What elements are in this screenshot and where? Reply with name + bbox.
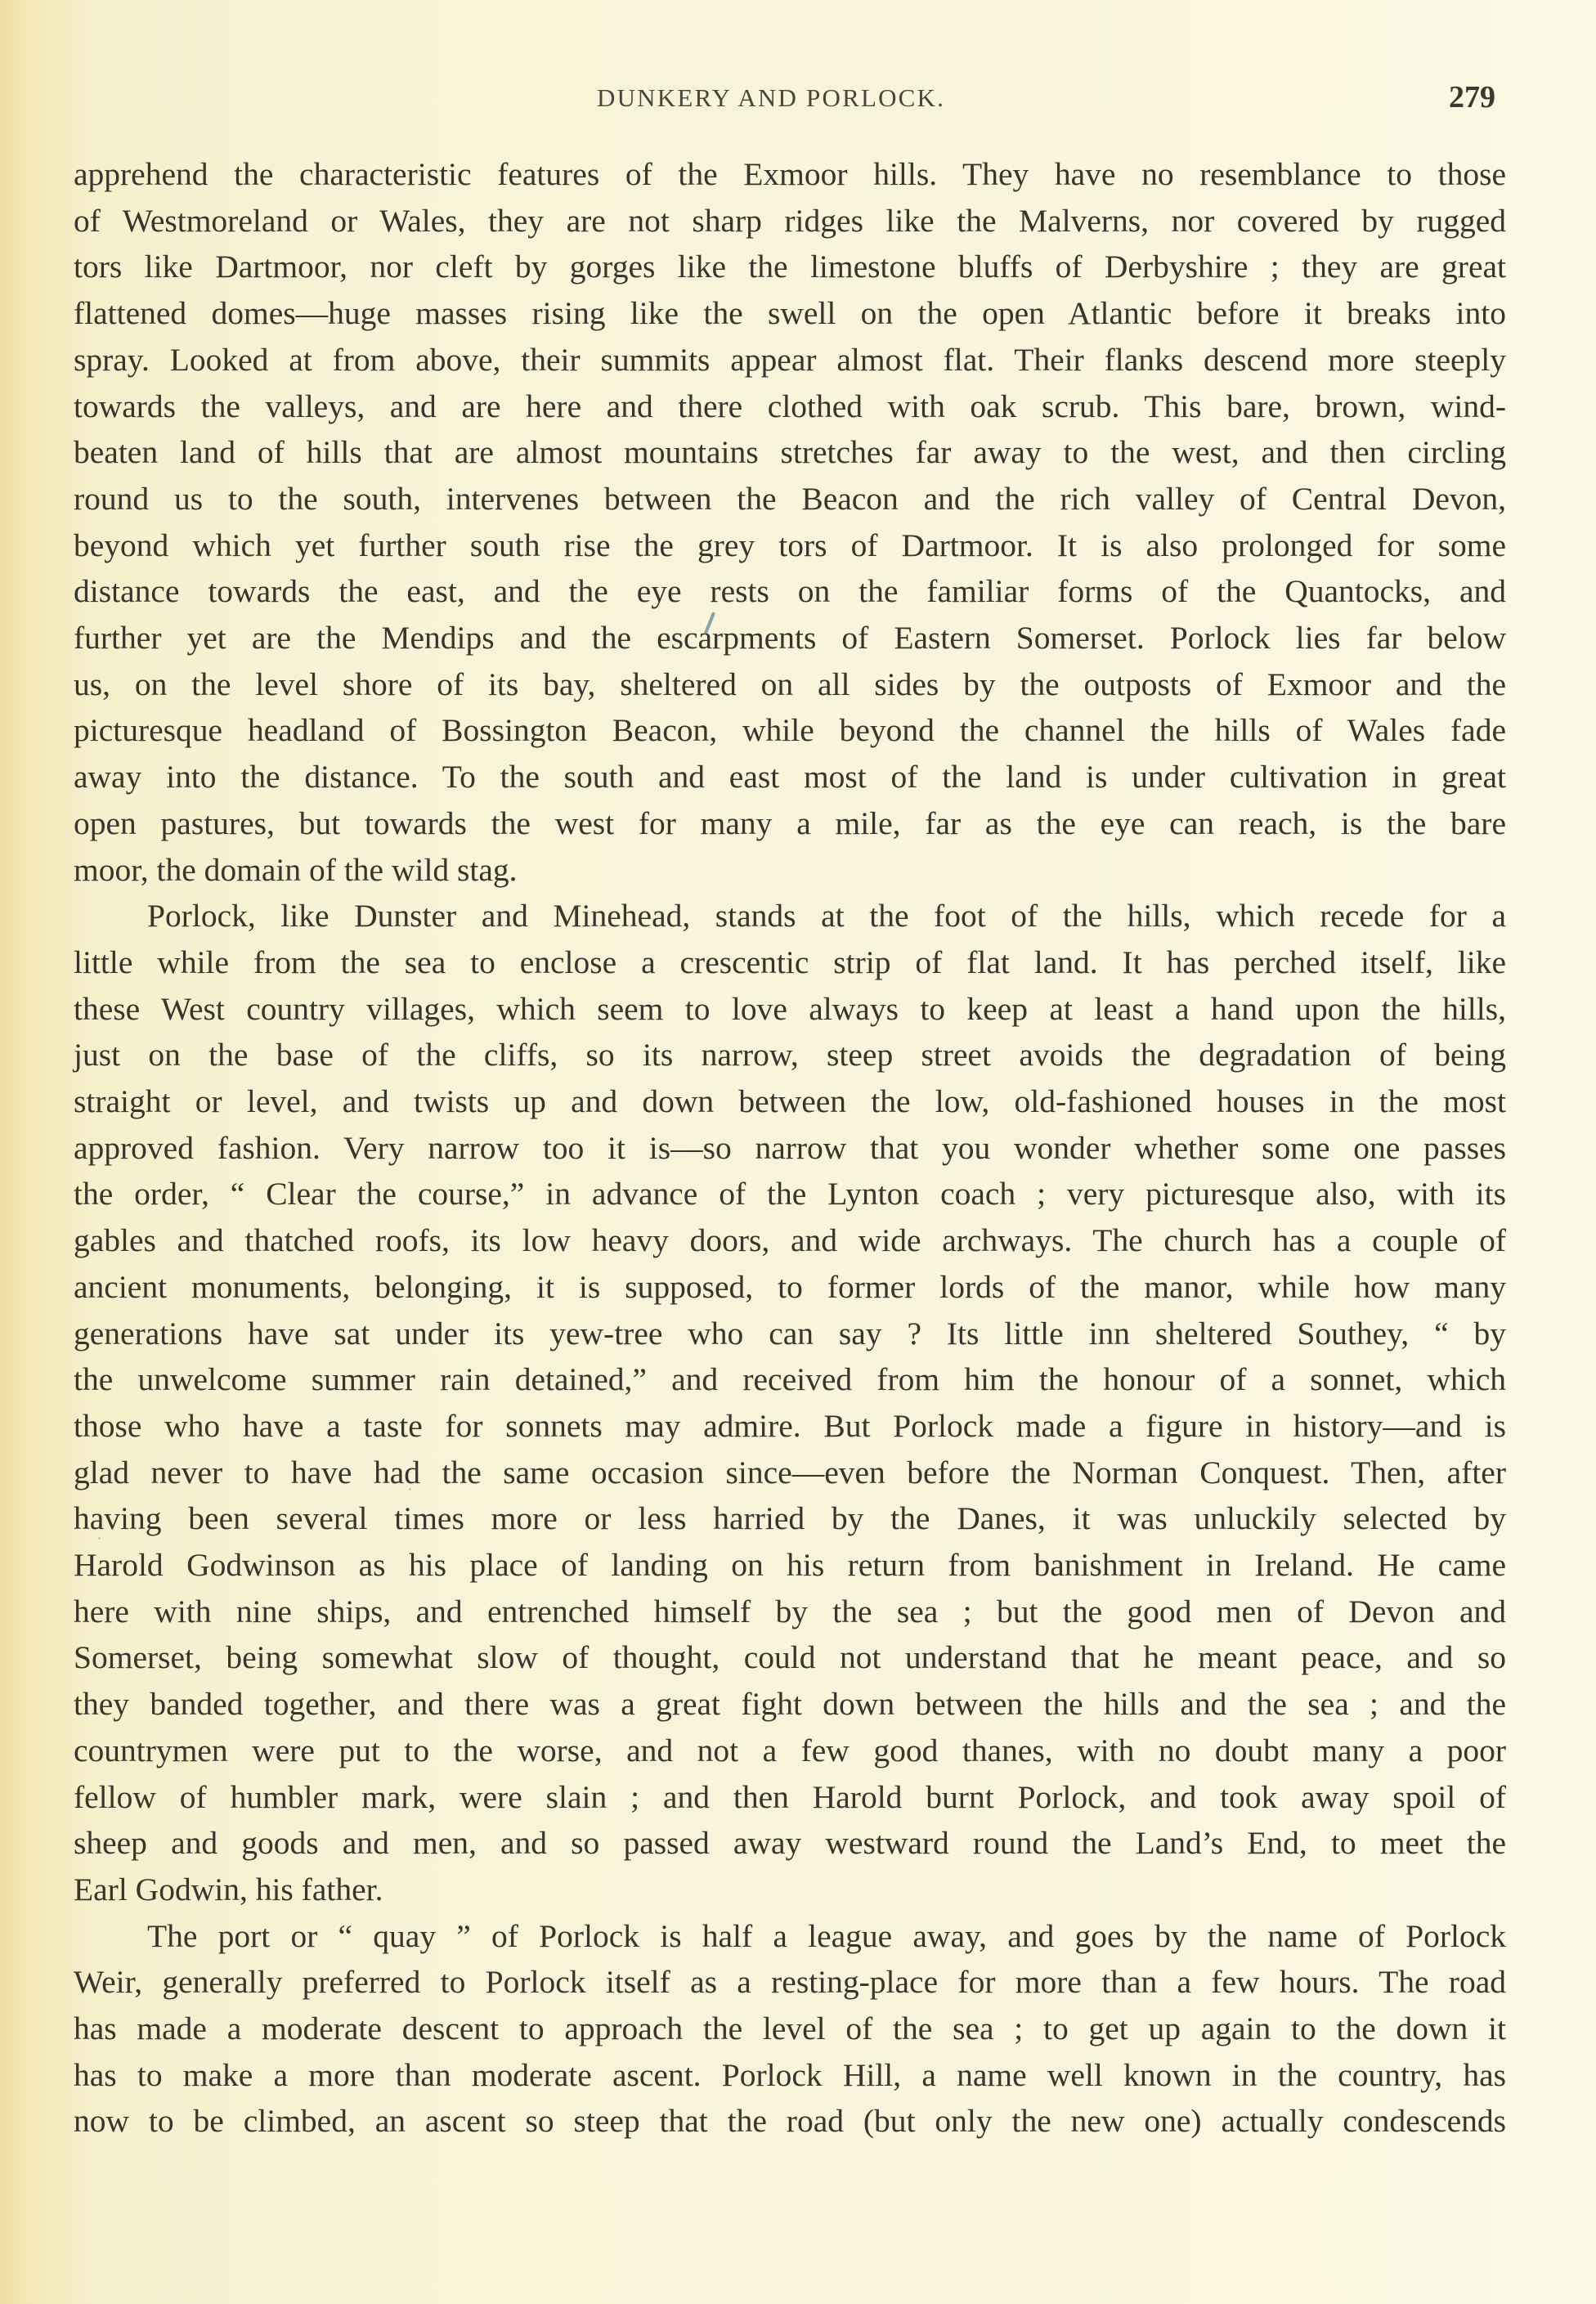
text-line: here with nine ships, and entrenched him… bbox=[74, 1589, 1506, 1635]
chapter-title: DUNKERY AND PORLOCK. bbox=[597, 83, 999, 113]
text-line: spray. Looked at from above, their summi… bbox=[74, 337, 1506, 383]
text-line: the order, “ Clear the course,” in advan… bbox=[74, 1171, 1506, 1217]
text-line: open pastures, but towards the west for … bbox=[74, 800, 1506, 847]
text-line: now to be climbed, an ascent so steep th… bbox=[74, 2098, 1506, 2145]
text-line: sheep and goods and men, and so passed a… bbox=[74, 1820, 1506, 1867]
page-number: 279 bbox=[1449, 79, 1495, 115]
text-line: away into the distance. To the south and… bbox=[74, 754, 1506, 800]
text-line: further yet are the Mendips and the esca… bbox=[74, 615, 1506, 661]
paper-speck bbox=[98, 1537, 101, 1540]
text-line: of Westmoreland or Wales, they are not s… bbox=[74, 198, 1506, 244]
text-line: Somerset, being somewhat slow of thought… bbox=[74, 1634, 1506, 1681]
text-line: Harold Godwinson as his place of landing… bbox=[74, 1542, 1506, 1589]
text-line: tors like Dartmoor, nor cleft by gorges … bbox=[74, 244, 1506, 290]
text-line: having been several times more or less h… bbox=[74, 1495, 1506, 1542]
text-line: beaten land of hills that are almost mou… bbox=[74, 429, 1506, 476]
text-line: towards the valleys, and are here and th… bbox=[74, 383, 1506, 430]
text-line: ancient monuments, belonging, it is supp… bbox=[74, 1264, 1506, 1311]
text-line: little while from the sea to enclose a c… bbox=[74, 939, 1506, 986]
text-line: beyond which yet further south rise the … bbox=[74, 522, 1506, 569]
text-line: glad never to have had the same occasion… bbox=[74, 1450, 1506, 1496]
text-line: The port or “ quay ” of Porlock is half … bbox=[147, 1913, 1506, 1960]
running-head: DUNKERY AND PORLOCK. 279 bbox=[0, 78, 1596, 119]
text-line: Weir, generally preferred to Porlock its… bbox=[74, 1959, 1506, 2006]
text-line: Earl Godwin, his father. bbox=[74, 1867, 1506, 1913]
text-line: these West country villages, which seem … bbox=[74, 986, 1506, 1033]
text-line: has to make a more than moderate ascent.… bbox=[74, 2052, 1506, 2099]
text-line: just on the base of the cliffs, so its n… bbox=[74, 1032, 1506, 1078]
text-line: distance towards the east, and the eye r… bbox=[74, 568, 1506, 615]
text-line: us, on the level shore of its bay, shelt… bbox=[74, 661, 1506, 708]
text-line: generations have sat under its yew-tree … bbox=[74, 1311, 1506, 1357]
text-line: those who have a taste for sonnets may a… bbox=[74, 1403, 1506, 1450]
text-line: has made a moderate descent to approach … bbox=[74, 2006, 1506, 2052]
text-line: moor, the domain of the wild stag. bbox=[74, 847, 1506, 894]
text-line: approved fashion. Very narrow too it is—… bbox=[74, 1125, 1506, 1172]
text-line: apprehend the characteristic features of… bbox=[74, 151, 1506, 198]
text-line: countrymen were put to the worse, and no… bbox=[74, 1728, 1506, 1774]
text-line: straight or level, and twists up and dow… bbox=[74, 1078, 1506, 1125]
paper-speck bbox=[957, 1247, 959, 1249]
text-line: flattened domes—huge masses rising like … bbox=[74, 290, 1506, 337]
text-line: the unwelcome summer rain detained,” and… bbox=[74, 1356, 1506, 1403]
text-line: picturesque headland of Bossington Beaco… bbox=[74, 707, 1506, 754]
text-line: Porlock, like Dunster and Minehead, stan… bbox=[147, 893, 1506, 939]
text-line: they banded together, and there was a gr… bbox=[74, 1681, 1506, 1728]
text-line: round us to the south, intervenes betwee… bbox=[74, 476, 1506, 522]
paper-speck bbox=[409, 1488, 411, 1490]
book-page: DUNKERY AND PORLOCK. 279 apprehend the c… bbox=[0, 0, 1596, 2304]
text-line: fellow of humbler mark, were slain ; and… bbox=[74, 1774, 1506, 1821]
text-line: gables and thatched roofs, its low heavy… bbox=[74, 1217, 1506, 1264]
